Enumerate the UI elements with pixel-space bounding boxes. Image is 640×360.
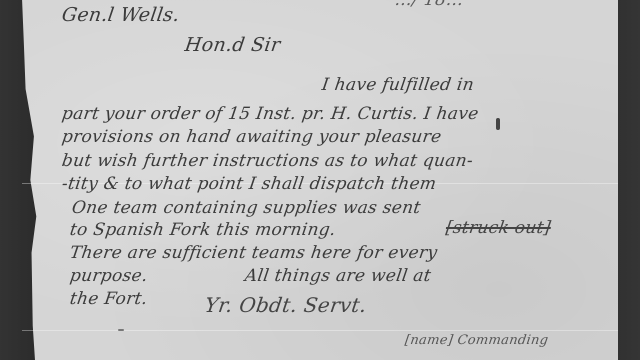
body-line-6: One team containing supplies was sent (71, 198, 422, 218)
date-header-fragment: …/ 18… (394, 0, 465, 10)
struck-out-word: [struck out] (445, 218, 553, 238)
body-line-9: purpose. (69, 266, 149, 286)
body-line-11: the Fort. (69, 289, 149, 309)
body-line-4: but wish further instructions as to what… (61, 151, 475, 171)
closing: Yr. Obdt. Servt. (203, 293, 368, 317)
signature-title: [name] Commanding (404, 333, 549, 348)
body-line-5: -tity & to what point I shall dispatch t… (61, 174, 438, 194)
body-line-8: There are sufficient teams here for ever… (69, 243, 439, 263)
body-line-2: part your order of 15 Inst. pr. H. Curti… (61, 104, 480, 124)
paper-fold-line (22, 330, 618, 331)
body-line-3: provisions on hand awaiting your pleasur… (61, 127, 443, 147)
addressee: Gen.l Wells. (60, 4, 181, 26)
body-line-7: to Spanish Fork this morning. (69, 220, 337, 240)
body-line-1: I have fulfilled in (321, 75, 476, 95)
body-line-10: All things are well at (244, 266, 433, 286)
ink-speck (118, 329, 124, 331)
greeting: Hon.d Sir (183, 34, 281, 56)
ink-blot (496, 118, 500, 130)
